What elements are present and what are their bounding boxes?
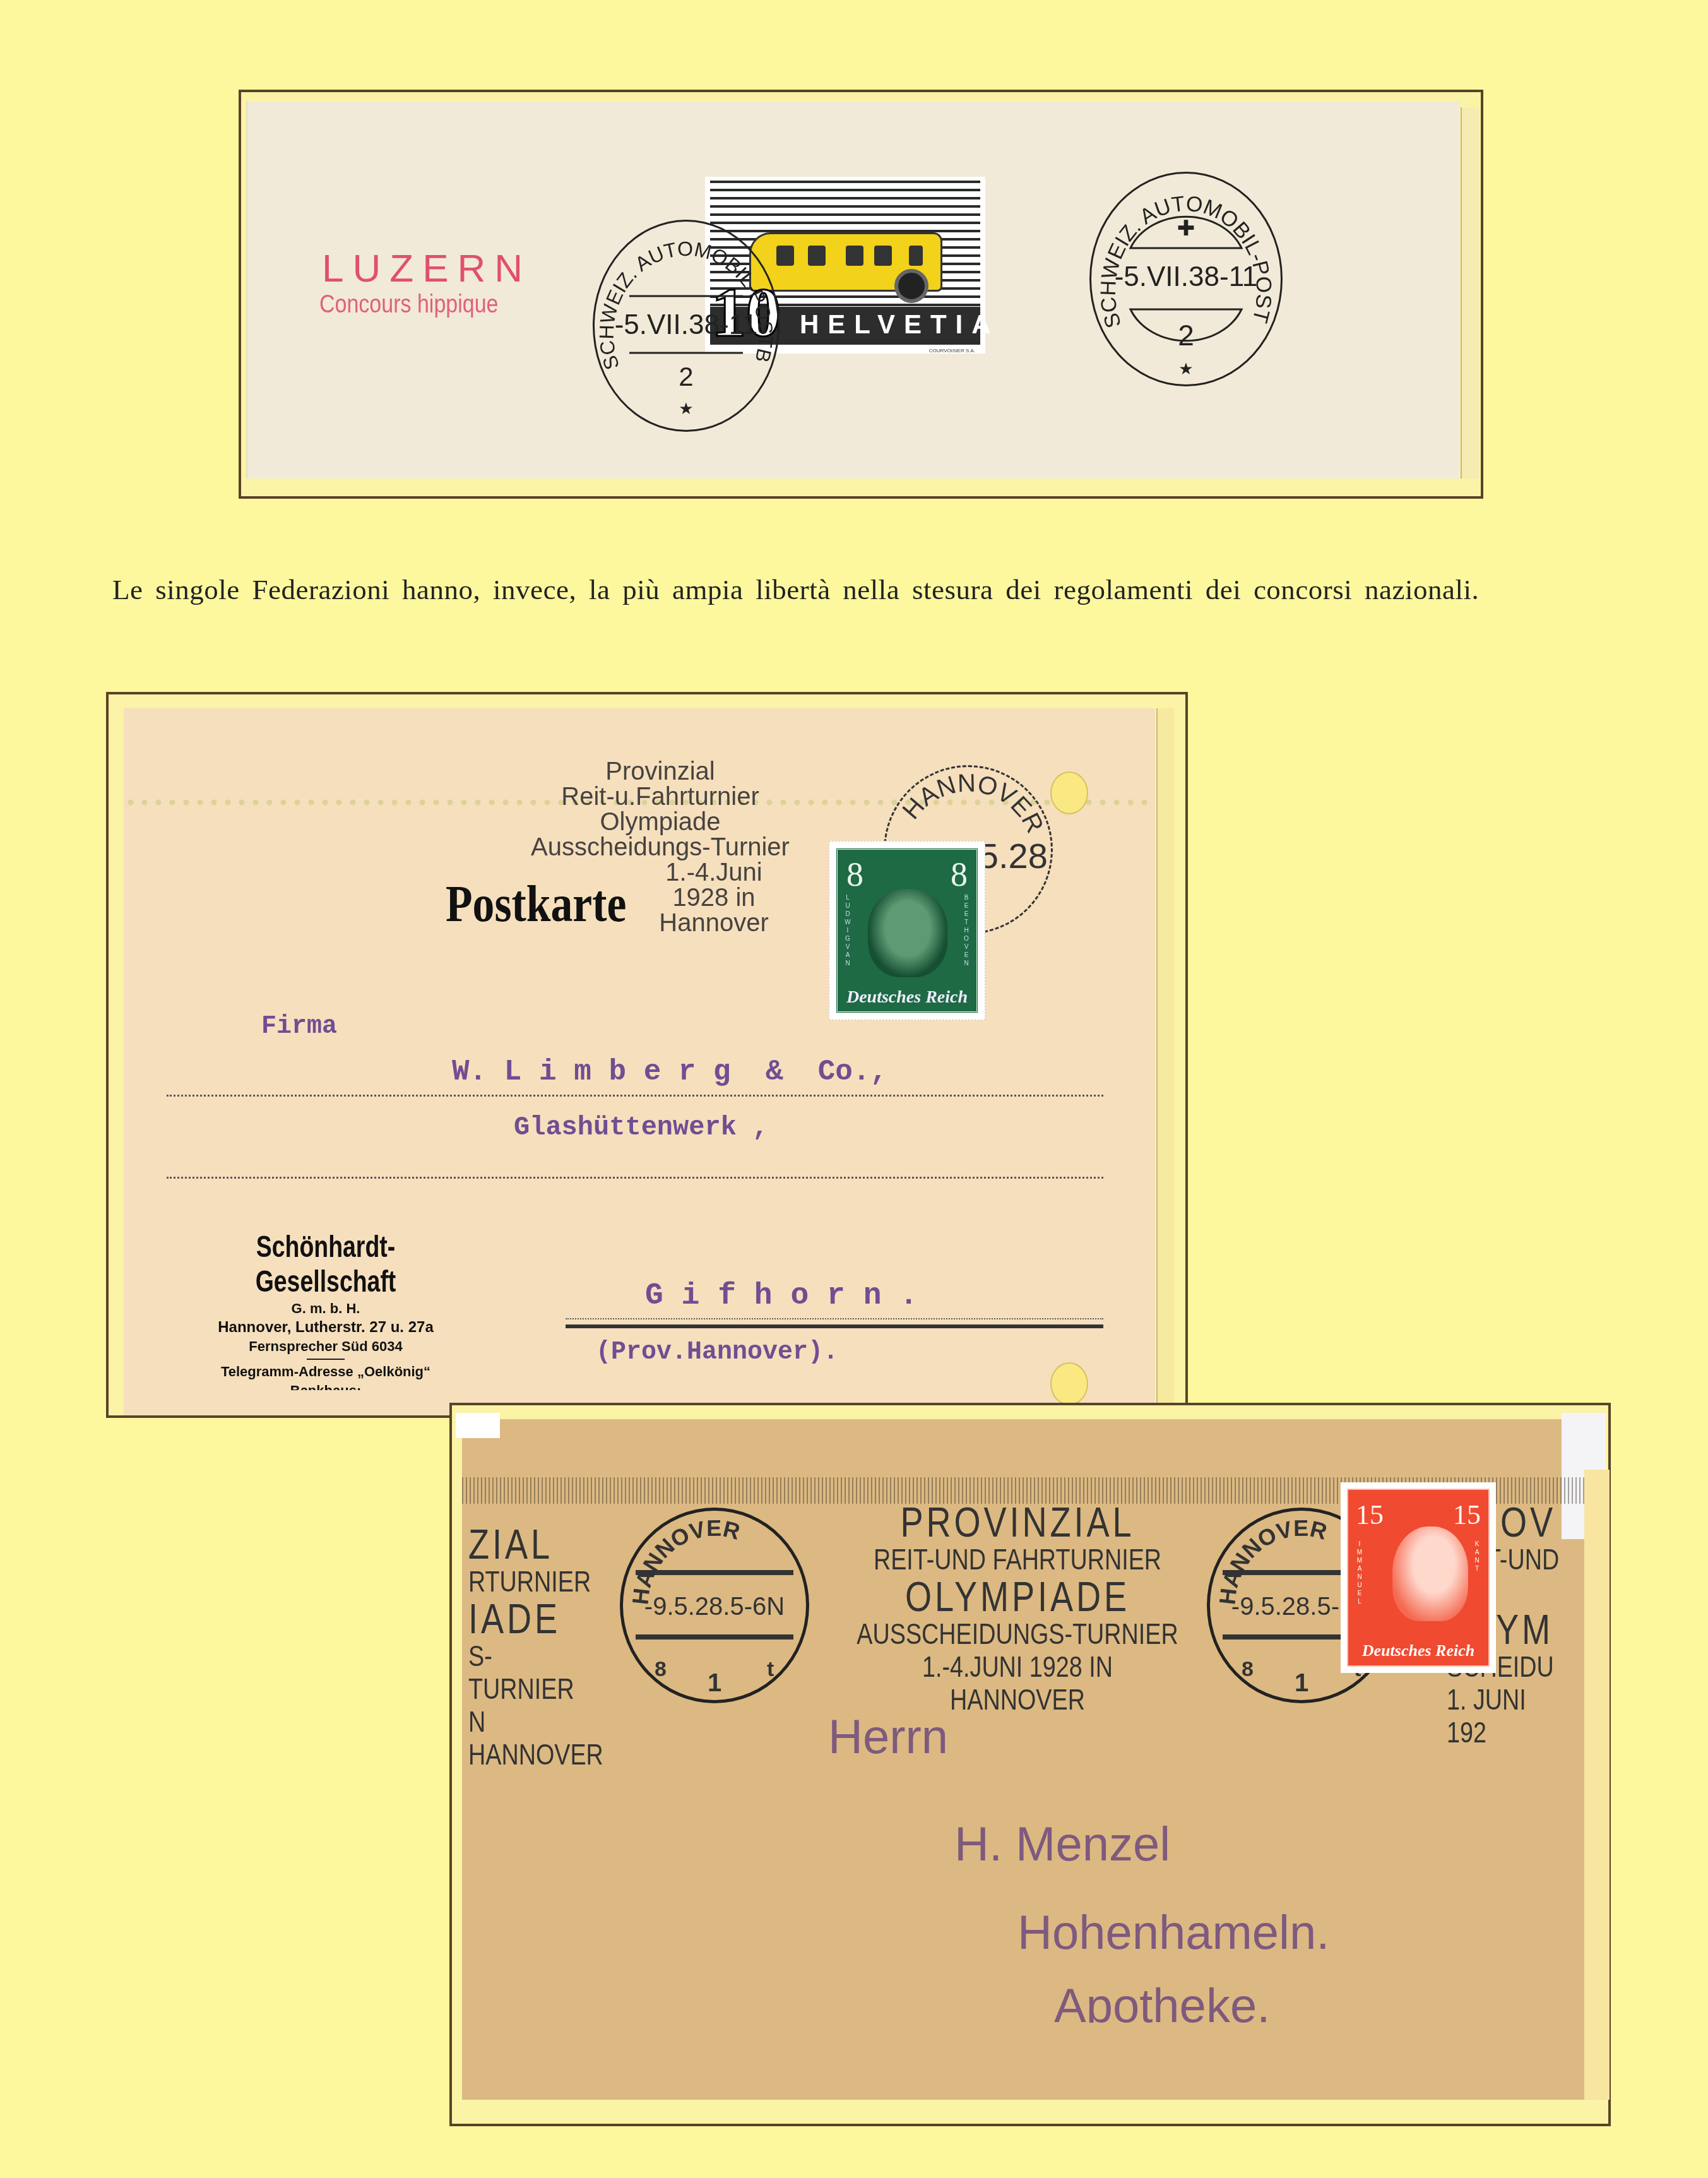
svg-text:SCHWEIZ. AUTOMOBIL-POSTBUREAU: SCHWEIZ. AUTOMOBIL-POSTBUREAU bbox=[1084, 155, 1276, 331]
svg-text:-9.5.28.5-6N: -9.5.28.5-6N bbox=[644, 1593, 785, 1621]
svg-text:★: ★ bbox=[679, 399, 693, 418]
address-extra: Apotheke. bbox=[1054, 1979, 1270, 2023]
address-street: Glashüttenwerk , bbox=[514, 1112, 768, 1143]
svg-text:1: 1 bbox=[708, 1669, 721, 1697]
svg-text:1: 1 bbox=[1295, 1669, 1308, 1697]
address-name: H. Menzel bbox=[954, 1817, 1170, 1872]
address-salutation: Herrn bbox=[828, 1710, 948, 1764]
slogan-partial-left: ZIAL RTURNIER IADE S-TURNIER N HANNOVER bbox=[468, 1523, 572, 1771]
kant-15-stamp: 15 15 IMMANUEL KANT Deutsches Reich bbox=[1341, 1482, 1496, 1673]
svg-text:HANNOVER: HANNOVER bbox=[897, 770, 1048, 838]
svg-text:8: 8 bbox=[1242, 1657, 1254, 1681]
page-caption: Le singole Federazioni hanno, invece, la… bbox=[112, 573, 1596, 606]
address-region: (Prov.Hannover). bbox=[596, 1338, 838, 1367]
swiss-cross-icon: ✚ bbox=[1177, 217, 1195, 241]
swiss-cut-piece: LUZERN Concours hippique 10 HELVETIA COU… bbox=[246, 101, 1459, 479]
punch-hole-top bbox=[1050, 771, 1088, 814]
mount-strip bbox=[1461, 107, 1480, 479]
address-city: Hohenhameln. bbox=[1017, 1905, 1329, 1960]
svg-text:-5.VII.38-11: -5.VII.38-11 bbox=[1115, 261, 1258, 292]
photo-corner bbox=[456, 1413, 500, 1438]
svg-text:2: 2 bbox=[1178, 319, 1194, 352]
postkarte-title: Postkarte bbox=[446, 874, 626, 934]
address-city: G i f h o r n . bbox=[645, 1279, 918, 1313]
svg-text:8: 8 bbox=[655, 1657, 667, 1681]
mount-strip bbox=[1156, 708, 1174, 1415]
slogan-cancel: PROVINZIAL REIT-UND FAHRTURNIER OLYMPIAD… bbox=[852, 1501, 1183, 1716]
address-firma: Firma bbox=[261, 1013, 337, 1041]
hannover-postmark-left: HANNOVER -9.5.28.5-6N 8 1 t bbox=[620, 1508, 809, 1703]
stamp-country: HELVETIA bbox=[800, 309, 1000, 340]
svg-text:2: 2 bbox=[679, 362, 693, 391]
sender-name: Schönhardt-Gesellschaft bbox=[198, 1230, 454, 1299]
svg-text:-5.VII.38-11: -5.VII.38-11 bbox=[615, 309, 758, 340]
beethoven-8-stamp: 8 8 LUDWIGVAN BEETHOVEN Deutsches Reich bbox=[829, 841, 985, 1020]
sender-imprint: Schönhardt-Gesellschaft G. m. b. H. Hann… bbox=[162, 1230, 490, 1390]
postcard: Provinzial Reit-u.Fahrturnier Olympiade … bbox=[124, 708, 1155, 1415]
beethoven-portrait-icon bbox=[868, 889, 947, 977]
stamp-printer: COURVOISIER S.A. bbox=[929, 348, 975, 354]
postmark-left: SCHWEIZ. AUTOMOBIL-POSTBUREAU -5.VII.38-… bbox=[593, 220, 780, 432]
punch-hole-bottom bbox=[1050, 1362, 1088, 1405]
address-company: W. L i m b e r g & Co., bbox=[452, 1056, 887, 1088]
concours-hippique-cachet: Concours hippique bbox=[319, 290, 499, 319]
mount-strip bbox=[1584, 1470, 1610, 2100]
postmark-right: SCHWEIZ. AUTOMOBIL-POSTBUREAU ✚ -5.VII.3… bbox=[1089, 172, 1283, 386]
svg-text:t: t bbox=[767, 1657, 774, 1681]
kant-portrait-icon bbox=[1392, 1526, 1468, 1621]
star-icon: ★ bbox=[1178, 359, 1193, 378]
svg-text:SCHWEIZ. AUTOMOBIL-POSTBUREAU: SCHWEIZ. AUTOMOBIL-POSTBUREAU bbox=[587, 203, 777, 372]
luzern-cachet: LUZERN bbox=[322, 246, 531, 291]
